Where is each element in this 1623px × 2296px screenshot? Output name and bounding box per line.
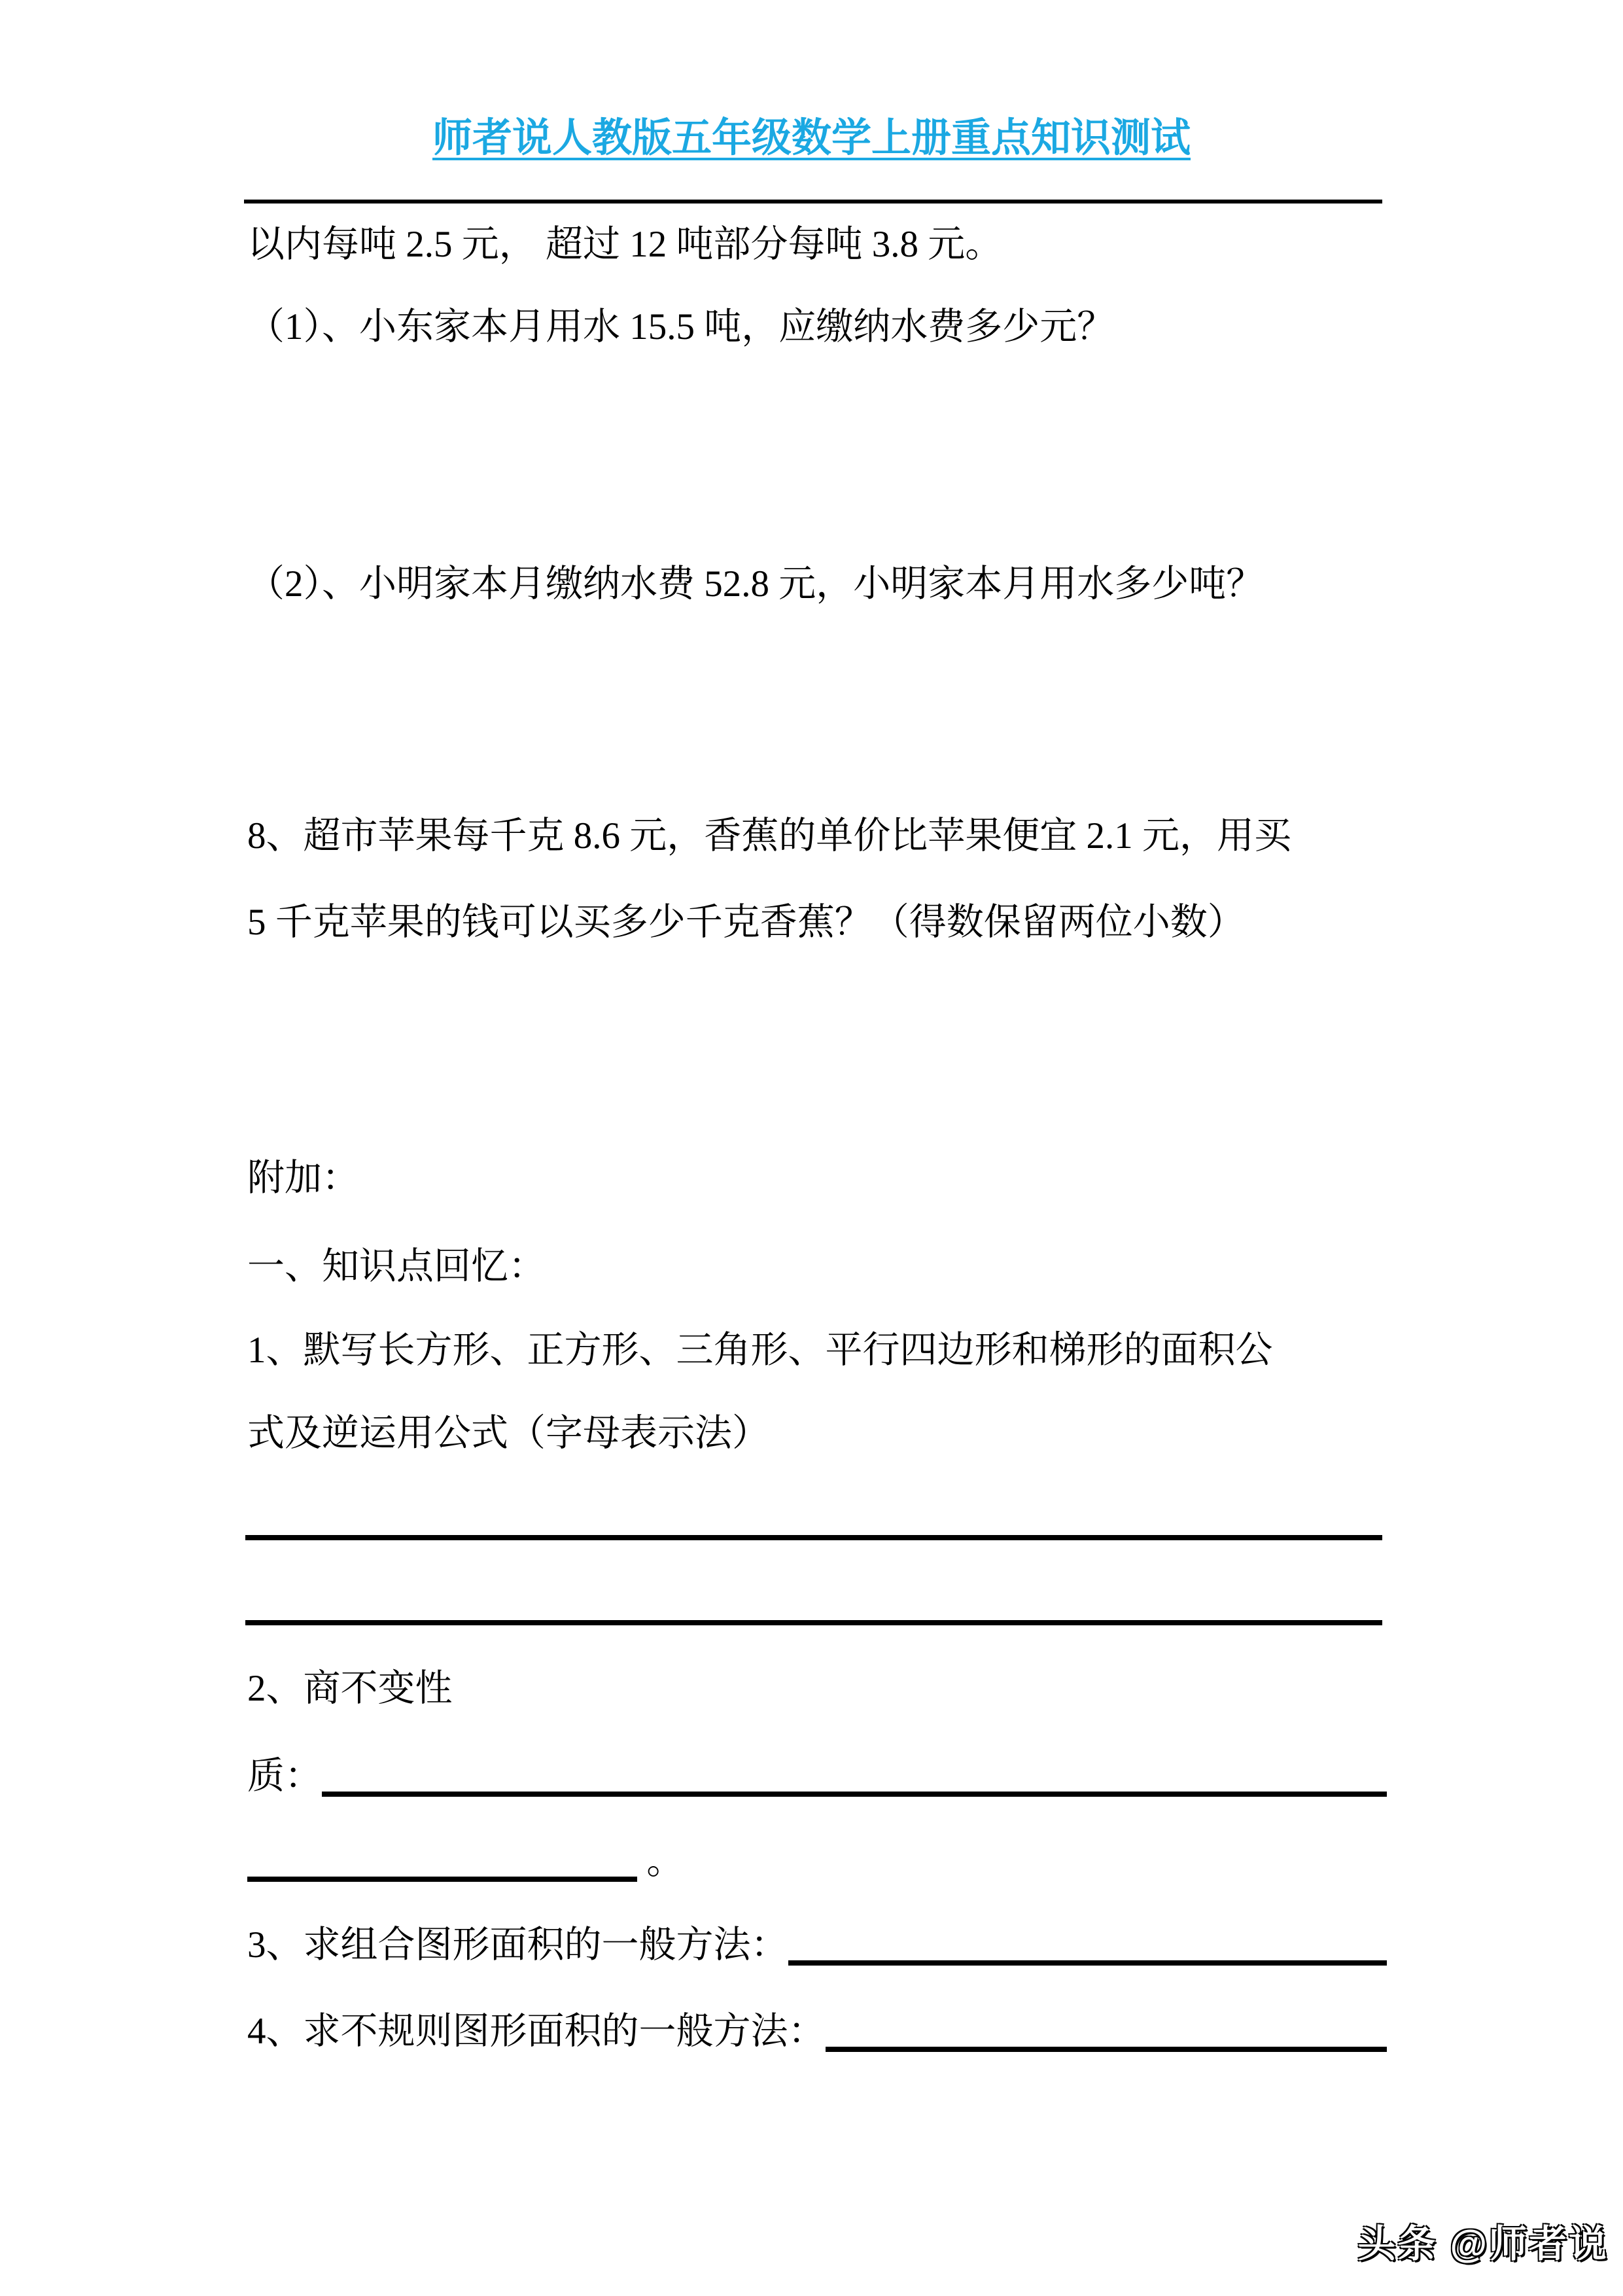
paragraph-question-8-line-1: 8、超市苹果每千克 8.6 元，香蕉的单价比苹果便宜 2.1 元，用买 bbox=[247, 815, 1387, 858]
answer-line-2 bbox=[245, 1620, 1382, 1625]
answer-blank bbox=[247, 1840, 637, 1882]
knowledge-item-2-line-2: 质： bbox=[247, 1755, 1387, 1798]
toutiao-watermark: 头条 @师者说 bbox=[1357, 2213, 1609, 2268]
knowledge-item-1-line-2: 式及逆运用公式（字母表示法） bbox=[247, 1412, 1387, 1455]
extra-section-heading: 附加： bbox=[247, 1157, 1387, 1200]
paragraph-question-8-line-2: 5 千克苹果的钱可以买多少千克香蕉？（得数保留两位小数） bbox=[247, 901, 1387, 944]
header-divider bbox=[244, 200, 1382, 203]
item-2-period: 。 bbox=[646, 1841, 684, 1882]
item-4-label: 4、求不规则图形面积的一般方法： bbox=[247, 2010, 826, 2053]
paragraph-question-2: （2）、小明家本月缴纳水费 52.8 元，小明家本月用水多少吨？ bbox=[247, 563, 1387, 606]
answer-blank bbox=[788, 1924, 1387, 1966]
knowledge-item-2-line-1: 2、商不变性 bbox=[247, 1667, 1387, 1710]
knowledge-item-2-line-3: 。 bbox=[247, 1840, 1387, 1883]
knowledge-recall-heading: 一、知识点回忆： bbox=[247, 1245, 1387, 1288]
answer-line-1 bbox=[245, 1535, 1382, 1540]
answer-blank bbox=[322, 1755, 1387, 1797]
title-link[interactable]: 师者说人教版五年级数学上册重点知识测试 bbox=[432, 116, 1191, 160]
knowledge-item-3: 3、求组合图形面积的一般方法： bbox=[247, 1924, 1387, 1967]
paragraph-question-1: （1）、小东家本月用水 15.5 吨，应缴纳水费多少元？ bbox=[247, 306, 1387, 349]
worksheet-page: 师者说人教版五年级数学上册重点知识测试 以内每吨 2.5 元， 超过 12 吨部… bbox=[0, 0, 1623, 2296]
page-title: 师者说人教版五年级数学上册重点知识测试 bbox=[0, 113, 1623, 165]
knowledge-item-4: 4、求不规则图形面积的一般方法： bbox=[247, 2010, 1387, 2053]
item-2-prefix-label: 质： bbox=[247, 1755, 322, 1798]
knowledge-item-1-line-1: 1、默写长方形、正方形、三角形、平行四边形和梯形的面积公 bbox=[247, 1329, 1387, 1372]
paragraph-water-price-intro: 以内每吨 2.5 元， 超过 12 吨部分每吨 3.8 元。 bbox=[247, 223, 1387, 266]
item-3-label: 3、求组合图形面积的一般方法： bbox=[247, 1924, 788, 1967]
answer-blank bbox=[826, 2010, 1387, 2052]
